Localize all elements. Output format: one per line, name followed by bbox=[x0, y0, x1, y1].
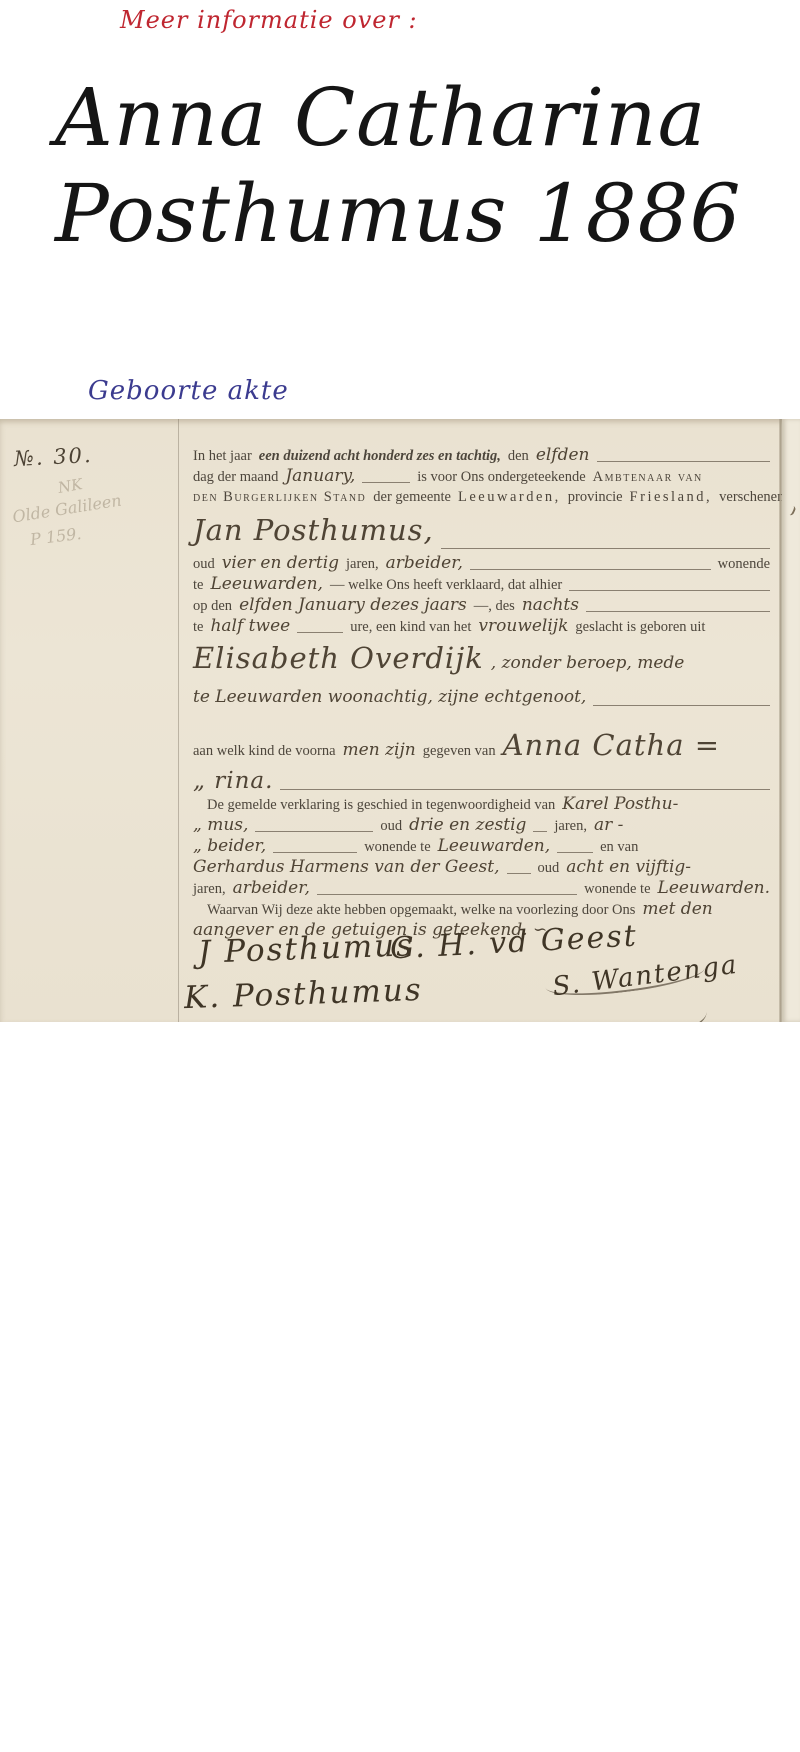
printed-text: der gemeente bbox=[373, 487, 451, 507]
akte-line: Jan Posthumus, bbox=[193, 507, 770, 553]
page-title-line2: Posthumus 1886 bbox=[55, 166, 755, 262]
blank-rule bbox=[557, 852, 593, 853]
handwritten-text: half twee bbox=[210, 616, 290, 636]
printed-text: Friesland, bbox=[630, 487, 713, 507]
printed-text: Waarvan Wij deze akte hebben opgemaakt, … bbox=[207, 900, 635, 920]
handwritten-text: „ rina. bbox=[193, 768, 273, 794]
printed-text: De gemelde verklaring is geschied in teg… bbox=[207, 795, 555, 815]
akte-line: aan welk kind de voornamen zijngegeven v… bbox=[193, 728, 770, 768]
pencil-note: NK bbox=[57, 475, 84, 497]
akte-line: „ mus,ouddrie en zestigjaren,ar - bbox=[193, 815, 770, 836]
handwritten-text: arbeider, bbox=[386, 553, 463, 573]
akte-line: In het jaareen duizend acht honderd zes … bbox=[193, 445, 770, 466]
printed-text: — welke Ons heeft verklaard, dat alhier bbox=[330, 575, 562, 595]
akte-body-text: In het jaareen duizend acht honderd zes … bbox=[193, 445, 770, 940]
printed-text: dag der maand bbox=[193, 467, 278, 487]
printed-text: Ambtenaar van bbox=[593, 467, 703, 487]
blank-rule bbox=[593, 705, 770, 706]
printed-text: jaren, bbox=[193, 879, 226, 899]
handwritten-text: te Leeuwarden woonachtig, zijne echtgeno… bbox=[193, 684, 586, 710]
printed-text: wonende bbox=[718, 554, 770, 574]
printed-text: is voor Ons ondergeteekende bbox=[417, 467, 585, 487]
printed-text: op den bbox=[193, 596, 232, 616]
blank-rule bbox=[280, 789, 770, 790]
blank-rule bbox=[317, 894, 577, 895]
akte-line: De gemelde verklaring is geschied in teg… bbox=[193, 794, 770, 815]
section-label-geboorte-akte: Geboorte akte bbox=[88, 376, 289, 406]
akte-line: den Burgerlijken Standder gemeenteLeeuwa… bbox=[193, 487, 770, 507]
page-title: Anna Catharina Posthumus 1886 bbox=[55, 70, 755, 262]
handwritten-text: met den bbox=[642, 899, 712, 919]
margin-divider-rule bbox=[178, 419, 179, 1022]
handwritten-text: Karel Posthu- bbox=[562, 794, 678, 814]
handwritten-text: „ beider, bbox=[193, 836, 266, 856]
handwritten-text: men zijn bbox=[343, 733, 416, 767]
akte-line: „ beider,wonende teLeeuwarden,en van bbox=[193, 836, 770, 857]
blank-rule bbox=[533, 831, 547, 832]
signature-jan-posthumus: J Posthumus bbox=[197, 927, 414, 971]
printed-text: oud bbox=[193, 554, 215, 574]
printed-text: wonende te bbox=[364, 837, 430, 857]
blank-rule bbox=[255, 831, 373, 832]
akte-line: jaren,arbeider,wonende teLeeuwarden. bbox=[193, 878, 770, 899]
akte-line: dag der maandJanuary,is voor Ons onderge… bbox=[193, 466, 770, 487]
printed-text: te bbox=[193, 617, 203, 637]
akte-line: Waarvan Wij deze akte hebben opgemaakt, … bbox=[193, 899, 770, 920]
printed-text: oud bbox=[380, 816, 402, 836]
akte-line: Gerhardus Harmens van der Geest,oudacht … bbox=[193, 857, 770, 878]
handwritten-text: ar - bbox=[594, 815, 623, 835]
printed-text: jaren, bbox=[346, 554, 379, 574]
handwritten-text: Leeuwarden, bbox=[438, 836, 550, 856]
printed-text: Leeuwarden, bbox=[458, 487, 561, 507]
page-title-line1: Anna Catharina bbox=[55, 70, 755, 166]
akte-line: op denelfden January dezes jaars—, desna… bbox=[193, 595, 770, 616]
akte-line: Elisabeth Overdijk, zonder beroep, mede bbox=[193, 637, 770, 684]
blank-rule bbox=[586, 611, 770, 612]
akte-line: tehalf tweeure, een kind van hetvrouweli… bbox=[193, 616, 770, 637]
handwritten-text: vier en dertig bbox=[222, 553, 339, 573]
blank-rule bbox=[273, 852, 357, 853]
printed-text: een duizend acht honderd zes en tachtig, bbox=[259, 446, 501, 466]
act-number: №. 30. bbox=[13, 443, 93, 471]
handwritten-text: January, bbox=[285, 466, 355, 486]
handwritten-text: drie en zestig bbox=[409, 815, 526, 835]
akte-line: oudvier en dertigjaren,arbeider,wonende bbox=[193, 553, 770, 574]
akte-line: „ rina. bbox=[193, 768, 770, 794]
blank-rule bbox=[297, 632, 343, 633]
akte-line: te Leeuwarden woonachtig, zijne echtgeno… bbox=[193, 684, 770, 710]
blank-rule bbox=[441, 548, 770, 549]
printed-text: den Burgerlijken Stand bbox=[193, 487, 366, 507]
handwritten-text: Gerhardus Harmens van der Geest, bbox=[193, 857, 500, 877]
signature-flourish-stroke bbox=[544, 954, 706, 1001]
handwritten-text: , zonder beroep, mede bbox=[491, 642, 685, 684]
handwritten-text: elfden January dezes jaars bbox=[239, 595, 467, 615]
handwritten-text: Jan Posthumus, bbox=[193, 507, 434, 553]
handwritten-text: arbeider, bbox=[233, 878, 310, 898]
handwritten-text: vrouwelijk bbox=[478, 616, 568, 636]
handwritten-text: nachts bbox=[522, 595, 579, 615]
printed-text: verschenen: bbox=[719, 487, 788, 507]
printed-text: oud bbox=[538, 858, 560, 878]
printed-text: provincie bbox=[568, 487, 623, 507]
printed-text: geslacht is geboren uit bbox=[575, 617, 705, 637]
printed-text: gegeven van bbox=[423, 734, 496, 768]
printed-text: jaren, bbox=[554, 816, 587, 836]
handwritten-text: elfden bbox=[536, 445, 590, 465]
cutoff-signature-stroke bbox=[610, 995, 710, 1022]
handwritten-text: Leeuwarden, bbox=[210, 574, 322, 594]
printed-text: den bbox=[508, 446, 529, 466]
printed-text: —, des bbox=[474, 596, 515, 616]
birth-certificate-scan: №. 30. NK Olde Galileen P 159. In het ja… bbox=[0, 419, 800, 1022]
printed-text: te bbox=[193, 575, 203, 595]
handwritten-text: „ mus, bbox=[193, 815, 248, 835]
pencil-note: Olde Galileen bbox=[11, 491, 123, 527]
handwritten-text: Elisabeth Overdijk bbox=[193, 637, 484, 679]
pencil-note: P 159. bbox=[29, 524, 82, 549]
handwritten-text: Anna Catha = bbox=[503, 728, 720, 762]
blank-rule bbox=[507, 873, 531, 874]
blank-rule bbox=[470, 569, 711, 570]
blank-rule bbox=[569, 590, 770, 591]
blank-rule bbox=[362, 482, 410, 483]
handwritten-text: acht en vijftig- bbox=[566, 857, 691, 877]
signature-k-posthumus: K. Posthumus bbox=[183, 972, 423, 1016]
printed-text: wonende te bbox=[584, 879, 650, 899]
akte-line: teLeeuwarden,— welke Ons heeft verklaard… bbox=[193, 574, 770, 595]
printed-text: In het jaar bbox=[193, 446, 252, 466]
printed-text: ure, een kind van het bbox=[350, 617, 471, 637]
printed-text: aan welk kind de voorna bbox=[193, 734, 336, 768]
printed-text: en van bbox=[600, 837, 638, 857]
handwritten-text: Leeuwarden. bbox=[658, 878, 770, 898]
blank-rule bbox=[597, 461, 771, 462]
page-header-label: Meer informatie over : bbox=[120, 6, 418, 34]
